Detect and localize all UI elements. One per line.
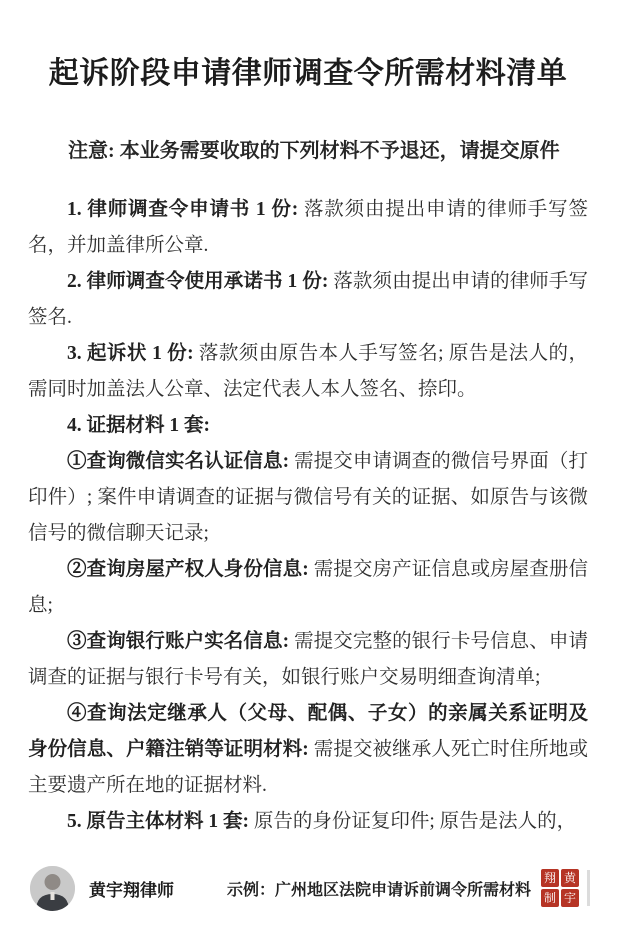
material-list: 1. 律师调查令申请书 1 份: 落款须由提出申请的律师手写签名，并加盖律所公章… <box>28 192 588 840</box>
edge-divider <box>587 870 590 906</box>
material-item-4: 4. 证据材料 1 套: <box>28 408 588 444</box>
seal-cell: 翔 <box>541 869 559 887</box>
material-subitem-2: ②查询房屋产权人身份信息: 需提交房产证信息或房屋查册信息; <box>28 552 588 624</box>
document-page: 起诉阶段申请律师调查令所需材料清单 注意: 本业务需要收取的下列材料不予退还，请… <box>0 0 640 840</box>
author-avatar <box>30 866 75 911</box>
seal-cell: 黄 <box>561 869 579 887</box>
person-avatar-icon <box>30 866 75 911</box>
material-subitem-3: ③查询银行账户实名信息: 需提交完整的银行卡号信息、申请调查的证据与银行卡号有关… <box>28 624 588 696</box>
material-item-3: 3. 起诉状 1 份: 落款须由原告本人手写签名; 原告是法人的，需同时加盖法人… <box>28 336 588 408</box>
author-footer: 黄宇翔律师 示例：广州地区法院申请诉前调令所需材料 翔 黄 制 宇 <box>0 862 640 934</box>
material-item-1: 1. 律师调查令申请书 1 份: 落款须由提出申请的律师手写签名，并加盖律所公章… <box>28 192 588 264</box>
footer-caption: 示例：广州地区法院申请诉前调令所需材料 <box>227 877 531 900</box>
document-title: 起诉阶段申请律师调查令所需材料清单 <box>28 48 588 92</box>
seal-cell: 宇 <box>561 889 579 907</box>
material-item-2: 2. 律师调查令使用承诺书 1 份: 落款须由提出申请的律师手写签名. <box>28 264 588 336</box>
material-item-5: 5. 原告主体材料 1 套: 原告的身份证复印件; 原告是法人的， <box>28 804 588 840</box>
material-subitem-1: ①查询微信实名认证信息: 需提交申请调查的微信号界面（打印件）; 案件申请调查的… <box>28 444 588 552</box>
author-name: 黄宇翔律师 <box>89 876 174 901</box>
notice-line: 注意: 本业务需要收取的下列材料不予退还，请提交原件 <box>28 136 588 166</box>
material-subitem-4: ④查询法定继承人（父母、配偶、子女）的亲属关系证明及身份信息、户籍注销等证明材料… <box>28 696 588 804</box>
maker-seal: 翔 黄 制 宇 <box>541 869 579 907</box>
seal-cell: 制 <box>541 889 559 907</box>
